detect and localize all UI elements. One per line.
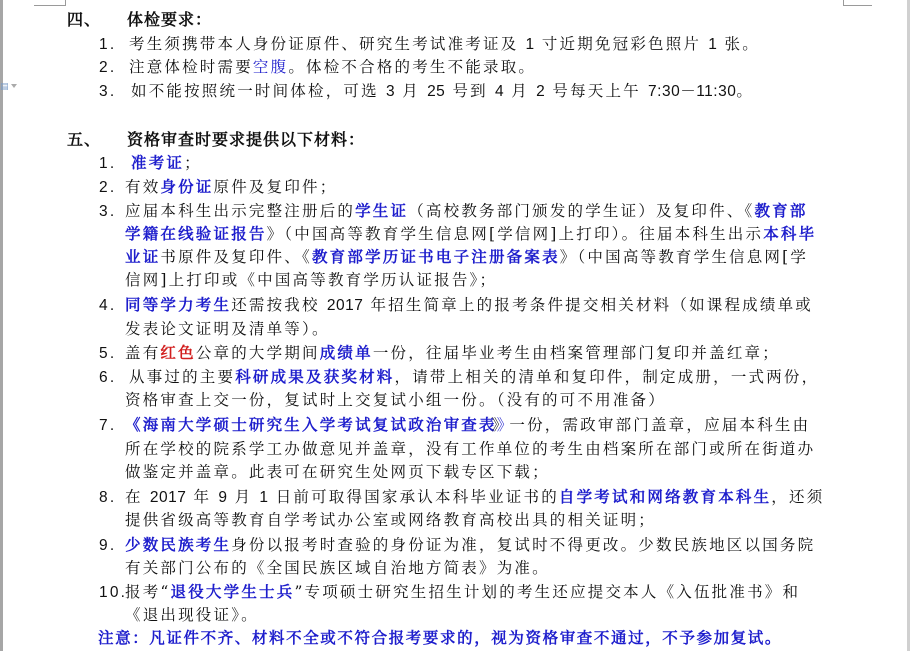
list-item: 2.注意体检时需要空腹。体检不合格的考生不能录取。 xyxy=(99,55,536,77)
list-item: 6.从事过的主要科研成果及获奖材料，请带上相关的清单和复印件，制定成册，一式两份… xyxy=(99,365,819,387)
list-item-continuation: 做鉴定并盖章。此表可在研究生处网页下载专区下载； xyxy=(125,460,550,482)
list-item-continuation: 学籍在线验证报告》（中国高等教育学生信息网[学信网]上打印）。往届本科生出示本科… xyxy=(125,222,816,244)
list-item: 10.报考“退役大学生士兵”专项硕士研究生招生计划的考生还应提交本人《入伍批准书… xyxy=(99,580,800,602)
list-item: 1.考生须携带本人身份证原件、研究生考试准考证及 1 寸近期免冠彩色照片 1 张… xyxy=(99,32,760,54)
section-title: 体检要求： xyxy=(127,10,212,29)
page-corner-mark-left xyxy=(34,0,66,6)
list-item-continuation: 发表论文证明及清单等）。 xyxy=(125,317,330,339)
list-item: 9.少数民族考生身份以报考时查验的身份证为准，复试时不得更改。少数民族地区以国务… xyxy=(99,533,815,555)
section-title: 资格审查时要求提供以下材料： xyxy=(127,130,365,149)
list-item-continuation: 《退出现役证》。 xyxy=(125,603,259,625)
section-number: 五、 xyxy=(67,127,127,150)
list-item: 4.同等学力考生还需按我校 2017 年招生简章上的报考条件提交相关材料（如课程… xyxy=(99,293,813,315)
list-item: 8.在 2017 年 9 月 1 日前可取得国家承认本科毕业证书的自学考试和网络… xyxy=(99,485,824,507)
list-item: 3.应届本科生出示完整注册后的学生证（高校教务部门颁发的学生证）及复印件、《教育… xyxy=(99,199,808,221)
notice-text: 注意：凡证件不齐、材料不全或不符合报考要求的，视为资格审查不通过，不予参加复试。 xyxy=(98,626,782,648)
list-item: 5.盖有红色公章的大学期间成绩单一份，往届毕业考生由档案管理部门复印并盖红章； xyxy=(99,341,780,363)
list-item-continuation: 有关部门公布的《全国民族区域自治地方简表》为准。 xyxy=(125,556,550,578)
list-item-continuation: 资格审查上交一份，复试时上交复试小组一份。（没有的可不用准备） xyxy=(125,388,666,410)
left-margin-border xyxy=(0,0,3,651)
section-4-heading: 四、体检要求： xyxy=(67,7,212,30)
dropdown-caret-icon xyxy=(11,84,17,88)
section-5-heading: 五、资格审查时要求提供以下材料： xyxy=(67,127,365,150)
list-item: 1.准考证； xyxy=(99,151,202,173)
list-item-continuation: 业证书原件及复印件、《教育部学历证书电子注册备案表》（中国高等教育学生信息网[学 xyxy=(125,245,808,267)
list-item-continuation: 提供省级高等教育自学考试办公室或网络教育高校出具的相关证明； xyxy=(125,508,656,530)
list-item: 3.如不能按照统一时间体检，可选 3 月 25 号到 4 月 2 号每天上午 7… xyxy=(99,79,754,101)
list-item-continuation: 信网]上打印或《中国高等教育学历认证报告》； xyxy=(125,268,497,290)
list-item: 2.有效身份证原件及复印件； xyxy=(99,175,337,197)
section-number: 四、 xyxy=(67,7,127,30)
page-corner-mark-right xyxy=(843,0,872,6)
list-item: 7.《海南大学硕士研究生入学考试复试政治审查表》一份，需政审部门盖章，应届本科生… xyxy=(99,413,810,435)
paste-options-icon[interactable]: ▤ xyxy=(0,82,14,94)
list-item-continuation: 所在学校的院系学工办做意见并盖章，没有工作单位的考生由档案所在部门或所在街道办 xyxy=(125,437,815,459)
